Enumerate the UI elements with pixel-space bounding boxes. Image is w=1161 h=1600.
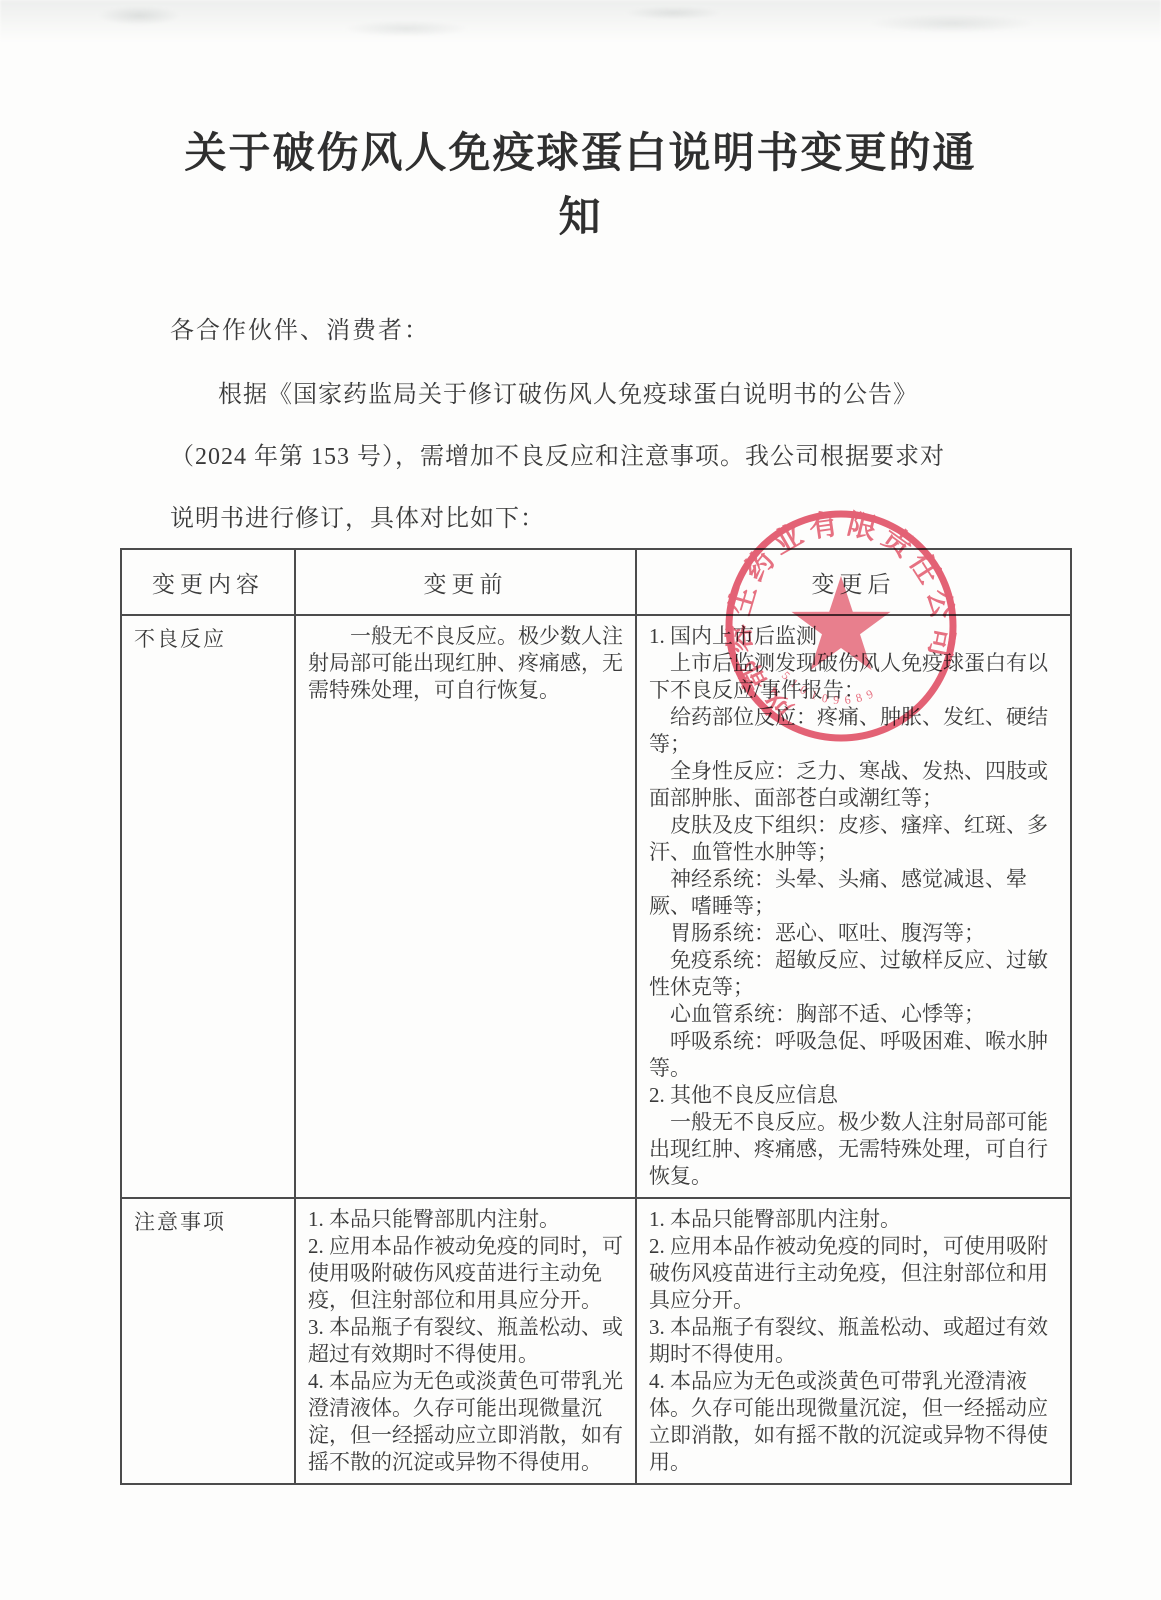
- title-line-2: 知: [558, 195, 602, 241]
- text-line: 神经系统：头晕、头痛、感觉减退、晕厥、嗜睡等；: [649, 866, 1060, 920]
- salutation: 各合作伙伴、消费者：: [170, 310, 430, 345]
- notice-document-page: 关于破伤风人免疫球蛋白说明书变更的通知 各合作伙伴、消费者： 根据《国家药监局关…: [0, 0, 1161, 1600]
- change-category-cell: 不良反应: [121, 615, 295, 1198]
- change-category-cell: 注意事项: [121, 1198, 295, 1484]
- table-row: 不良反应一般无不良反应。极少数人注射局部可能出现红肿、疼痛感，无需特殊处理，可自…: [121, 615, 1071, 1198]
- text-line: 一般无不良反应。极少数人注射局部可能出现红肿、疼痛感，无需特殊处理，可自行恢复。: [308, 623, 625, 704]
- header-change-category: 变更内容: [121, 549, 295, 615]
- text-line: 胃肠系统：恶心、呕吐、腹泻等；: [649, 920, 1060, 947]
- document-title: 关于破伤风人免疫球蛋白说明书变更的通知: [0, 122, 1161, 250]
- text-line: 心血管系统：胸部不适、心悸等；: [649, 1001, 1060, 1028]
- body-paragraph: 根据《国家药监局关于修订破伤风人免疫球蛋白说明书的公告》（2024 年第 153…: [170, 364, 962, 550]
- text-line: 4. 本品应为无色或淡黄色可带乳光澄清液体。久存可能出现微量沉淀，但一经摇动应立…: [649, 1368, 1060, 1476]
- text-line: 免疫系统：超敏反应、过敏样反应、过敏性休克等；: [649, 947, 1060, 1001]
- text-line: 全身性反应：乏力、寒战、发热、四肢或面部肿胀、面部苍白或潮红等；: [649, 758, 1060, 812]
- text-line: 给药部位反应：疼痛、肿胀、发红、硬结等；: [649, 704, 1060, 758]
- title-line-1: 关于破伤风人免疫球蛋白说明书变更的通: [184, 131, 976, 177]
- after-cell: 1. 本品只能臀部肌内注射。2. 应用本品作被动免疫的同时，可使用吸附破伤风疫苗…: [636, 1198, 1071, 1484]
- change-comparison-table: 变更内容 变更前 变更后 不良反应一般无不良反应。极少数人注射局部可能出现红肿、…: [120, 548, 1072, 1485]
- text-line: 2. 其他不良反应信息: [649, 1082, 1060, 1109]
- before-cell: 一般无不良反应。极少数人注射局部可能出现红肿、疼痛感，无需特殊处理，可自行恢复。: [295, 615, 636, 1198]
- text-line: 3. 本品瓶子有裂纹、瓶盖松动、或超过有效期时不得使用。: [308, 1314, 625, 1368]
- text-line: 1. 本品只能臀部肌内注射。: [649, 1206, 1060, 1233]
- text-line: 2. 应用本品作被动免疫的同时，可使用吸附破伤风疫苗进行主动免疫，但注射部位和用…: [308, 1233, 625, 1314]
- text-line: 4. 本品应为无色或淡黄色可带乳光澄清液体。久存可能出现微量沉淀，但一经摇动应立…: [308, 1368, 625, 1476]
- text-line: 上市后监测发现破伤风人免疫球蛋白有以下不良反应/事件报告：: [649, 650, 1060, 704]
- text-line: 呼吸系统：呼吸急促、呼吸困难、喉水肿等。: [649, 1028, 1060, 1082]
- text-line: 3. 本品瓶子有裂纹、瓶盖松动、或超过有效期时不得使用。: [649, 1314, 1060, 1368]
- header-before-change: 变更前: [295, 549, 636, 615]
- text-line: 1. 本品只能臀部肌内注射。: [308, 1206, 625, 1233]
- after-cell: 1. 国内上市后监测上市后监测发现破伤风人免疫球蛋白有以下不良反应/事件报告：给…: [636, 615, 1071, 1198]
- scan-noise-band: [0, 0, 1161, 52]
- text-line: 一般无不良反应。极少数人注射局部可能出现红肿、疼痛感，无需特殊处理，可自行恢复。: [649, 1109, 1060, 1190]
- table-header-row: 变更内容 变更前 变更后: [121, 549, 1071, 615]
- before-cell: 1. 本品只能臀部肌内注射。2. 应用本品作被动免疫的同时，可使用吸附破伤风疫苗…: [295, 1198, 636, 1484]
- header-after-change: 变更后: [636, 549, 1071, 615]
- table-row: 注意事项1. 本品只能臀部肌内注射。2. 应用本品作被动免疫的同时，可使用吸附破…: [121, 1198, 1071, 1484]
- text-line: 2. 应用本品作被动免疫的同时，可使用吸附破伤风疫苗进行主动免疫，但注射部位和用…: [649, 1233, 1060, 1314]
- text-line: 1. 国内上市后监测: [649, 623, 1060, 650]
- text-line: 皮肤及皮下组织：皮疹、瘙痒、红斑、多汗、血管性水肿等；: [649, 812, 1060, 866]
